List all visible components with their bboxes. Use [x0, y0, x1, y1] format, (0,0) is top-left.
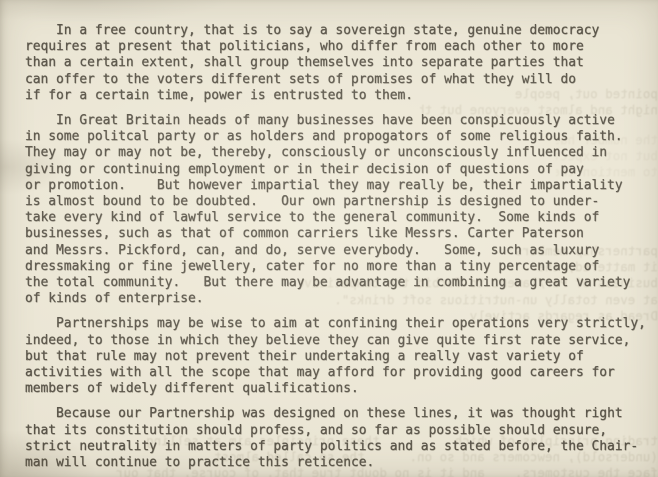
paragraph-great-britain-businesses: In Great Britain heads of many businesse… — [25, 113, 658, 307]
paragraph-partnership-neutrality: Because our Partnership was designed on … — [25, 406, 658, 471]
paragraph-free-country: In a free country, that is to say a sove… — [25, 23, 658, 104]
typewritten-text-block: In a free country, that is to say a sove… — [25, 23, 658, 477]
paragraph-partnership-operations: Partnerships may be wise to aim at confi… — [25, 316, 658, 397]
document-page: pointed out, people night and almost eve… — [0, 0, 658, 477]
